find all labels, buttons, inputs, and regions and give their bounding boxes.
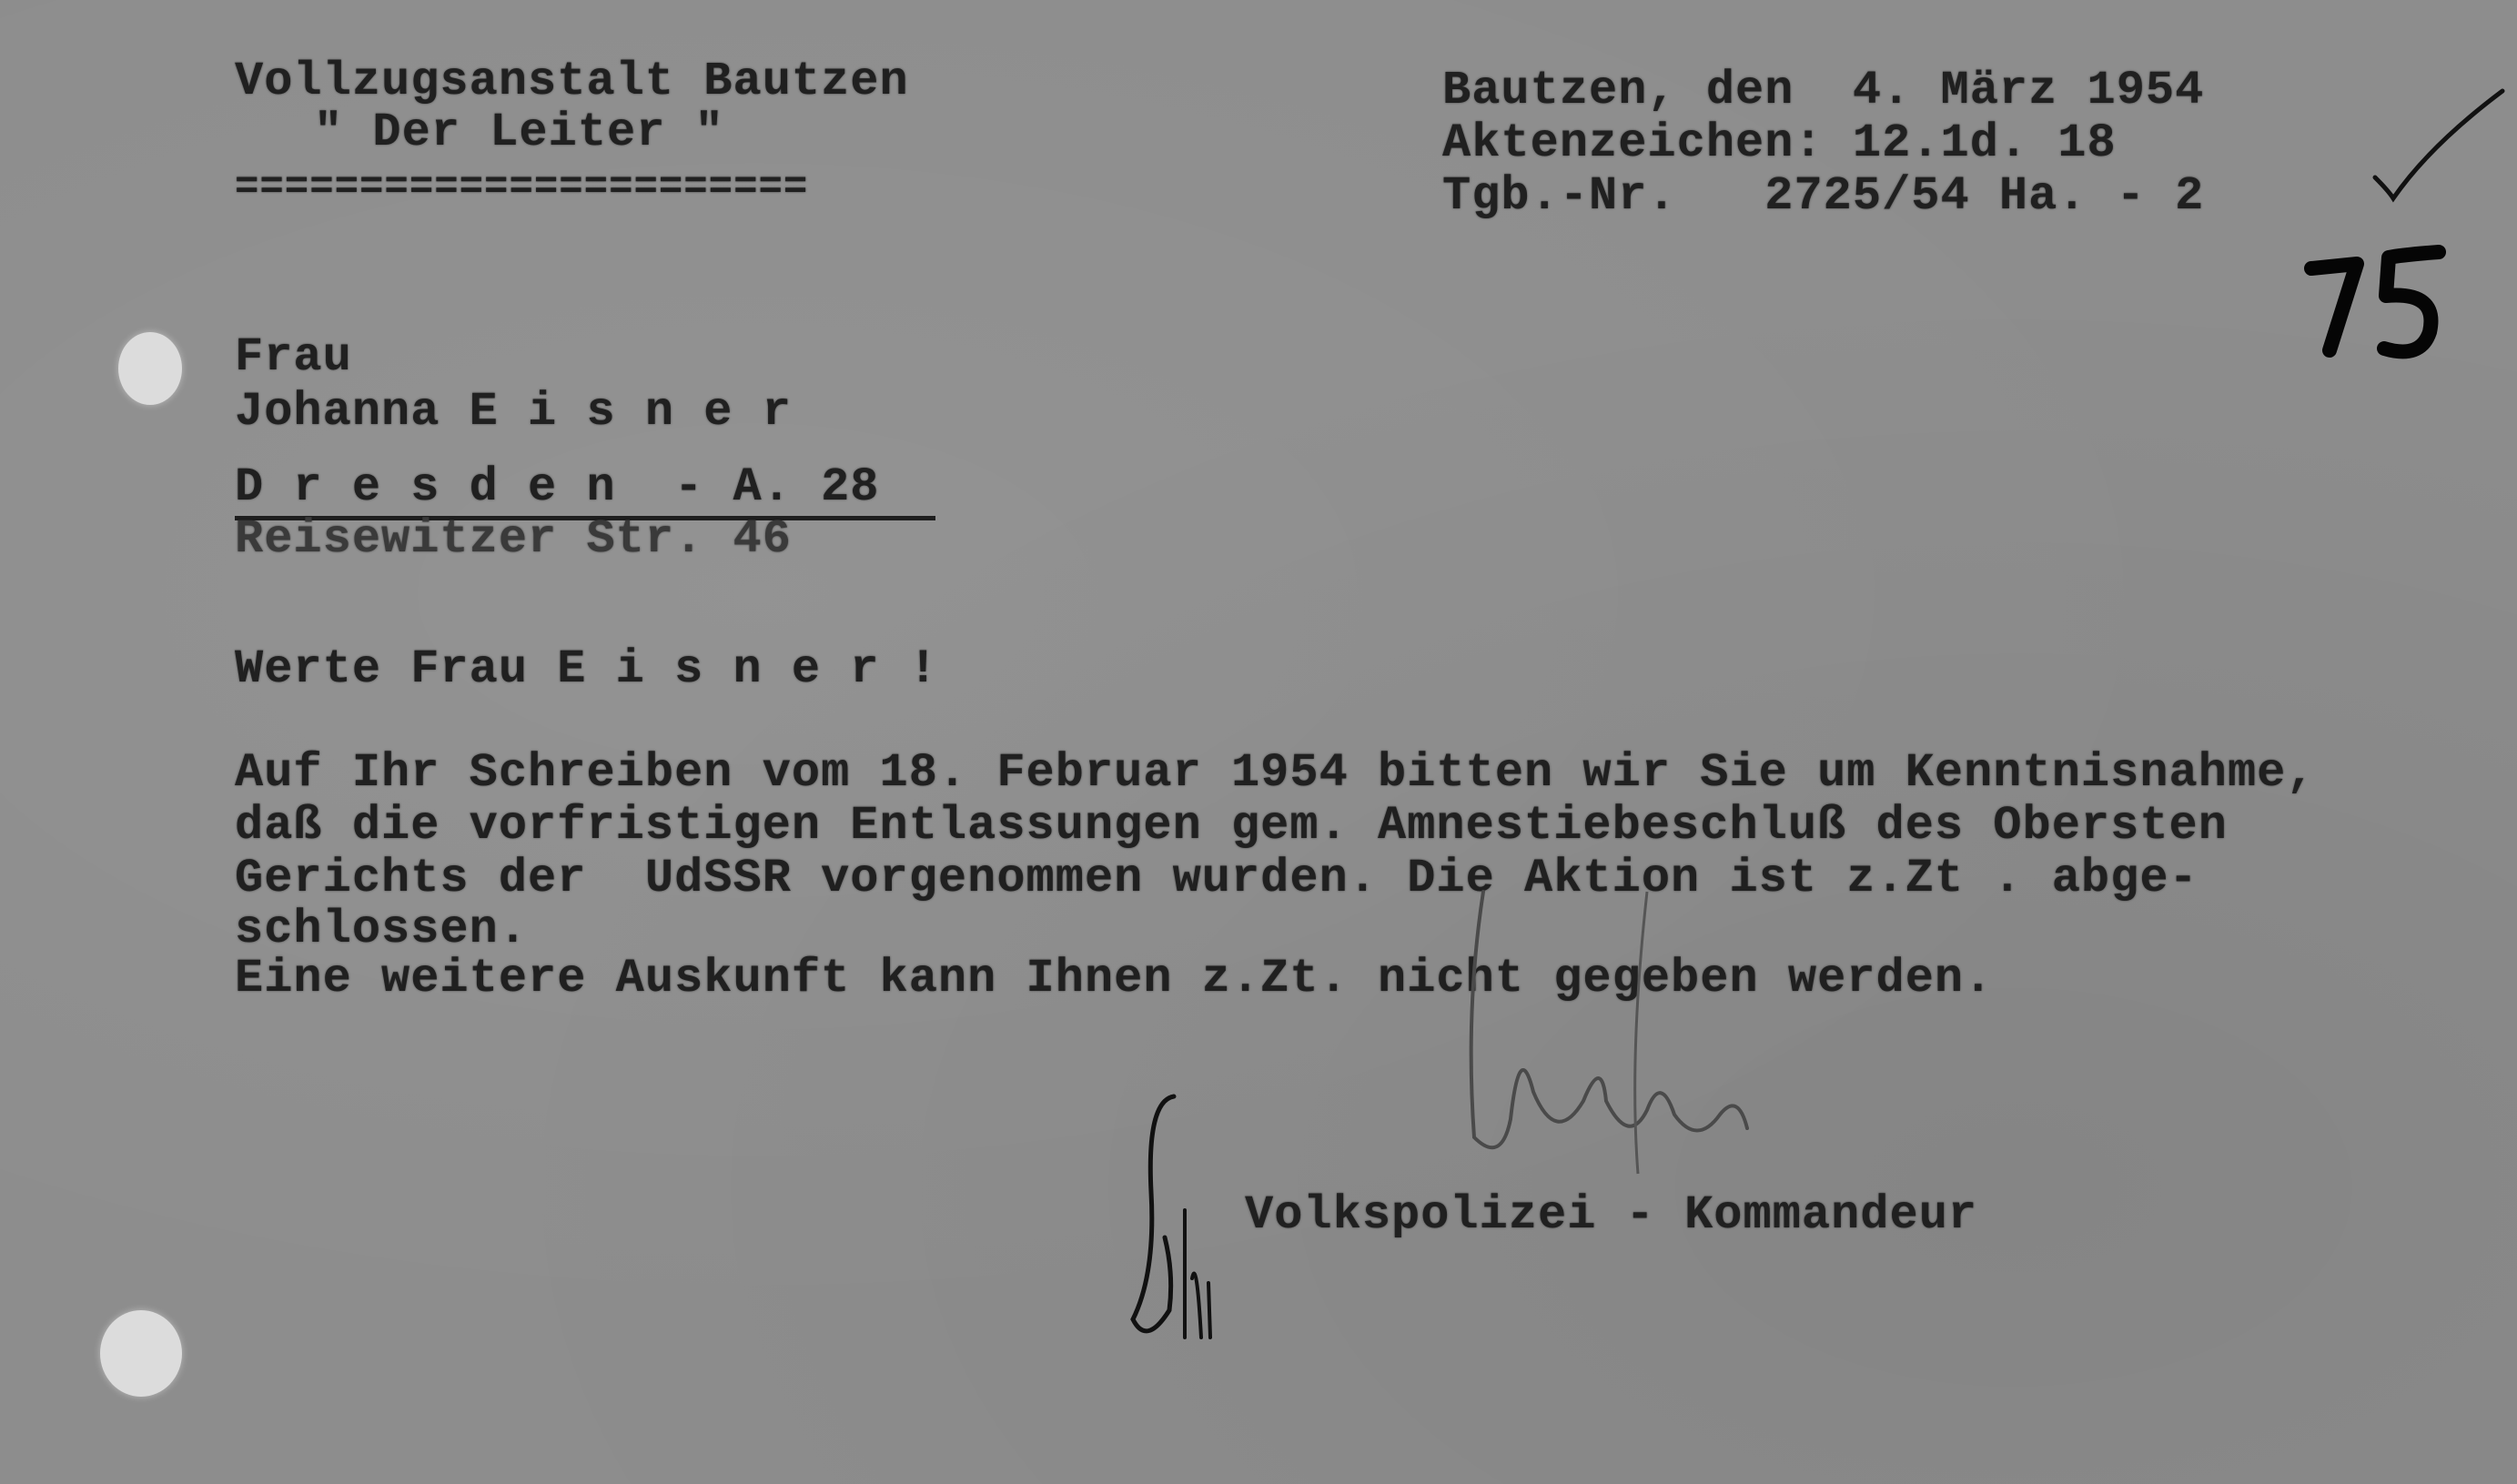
body-line: Gerichts der UdSSR vorgenommen wurden. D… bbox=[235, 853, 2199, 904]
handwritten-page-number bbox=[2302, 241, 2457, 368]
body-line: Auf Ihr Schreiben vom 18. Februar 1954 b… bbox=[235, 748, 2316, 799]
recipient-street: Reisewitzer Str. 46 bbox=[235, 514, 792, 565]
recipient-salutation: Frau bbox=[235, 332, 352, 383]
letterhead-title: " Der Leiter " bbox=[314, 107, 724, 158]
recipient-city: D r e s d e n - A. 28 bbox=[235, 462, 880, 513]
journal-number: Tgb.-Nr. 2725/54 Ha. - 2 bbox=[1442, 171, 2204, 222]
file-number: Aktenzeichen: 12.1d. 18 bbox=[1442, 118, 2117, 169]
body-line: schlossen. bbox=[235, 904, 528, 955]
signature-role: Volkspolizei - Kommandeur bbox=[1245, 1190, 1977, 1241]
signature-ink bbox=[1119, 1092, 1247, 1356]
recipient-name: Johanna E i s n e r bbox=[235, 387, 792, 438]
institution-name: Vollzugsanstalt Bautzen bbox=[235, 56, 909, 107]
signature-pencil bbox=[1447, 873, 1793, 1174]
letterhead-rule: ======================= bbox=[235, 162, 808, 213]
body-line: daß die vorfristigen Entlassungen gem. A… bbox=[235, 801, 2228, 852]
place-date: Bautzen, den 4. März 1954 bbox=[1442, 66, 2204, 116]
greeting: Werte Frau E i s n e r ! bbox=[235, 644, 938, 695]
punch-hole-bottom bbox=[100, 1310, 182, 1397]
checkmark-icon bbox=[2366, 91, 2512, 218]
punch-hole-top bbox=[118, 332, 182, 405]
